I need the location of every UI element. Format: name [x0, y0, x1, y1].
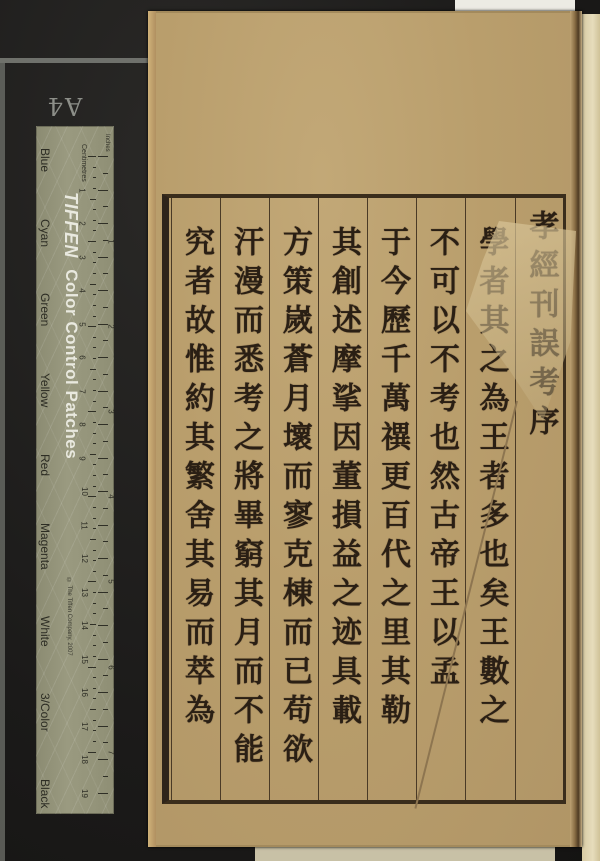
ruler-tick [93, 337, 96, 338]
ruler-tick [103, 776, 108, 777]
patch-label: White [38, 616, 52, 647]
ruler-tick [98, 558, 108, 559]
ruler-tick [88, 752, 96, 753]
text-column-8: 究者故惟約其繁舍其易而萃為 [171, 198, 220, 800]
ruler-tick [98, 726, 108, 727]
ruler-tick [93, 635, 96, 636]
ruler-tick [103, 508, 108, 509]
ruler-tick [98, 659, 108, 660]
ruler-tick [98, 625, 108, 626]
ruler-tick [98, 793, 108, 794]
ruler-tick [103, 675, 108, 676]
cm-tick-label: 16 [80, 688, 89, 697]
ruler-tick [93, 273, 96, 274]
ruler-tick [93, 656, 96, 657]
ruler-tick [93, 486, 96, 487]
mat-border-top [0, 58, 148, 63]
ruler-tick [98, 525, 108, 526]
ruler-tick [93, 528, 96, 529]
ruler-tick [90, 624, 96, 625]
cm-tick-label: 14 [80, 621, 89, 630]
ruler-tick [98, 424, 108, 425]
ruler-tick [93, 422, 96, 423]
cm-tick-label: 1 [78, 188, 87, 192]
ruler-tick [93, 677, 96, 678]
cm-tick-label: 19 [80, 789, 89, 798]
cm-tick-label: 12 [80, 554, 89, 563]
ruler-tick [93, 613, 96, 614]
inch-tick-label: 6 [106, 665, 114, 669]
ruler-tick [103, 173, 108, 174]
patch-label: Cyan [38, 219, 52, 247]
ruler-tick [93, 167, 96, 168]
cm-tick-label: 15 [80, 655, 89, 664]
ruler-tick [93, 550, 96, 551]
ruler-tick [90, 369, 96, 370]
ruler-tick [103, 742, 108, 743]
ruler-tick [93, 305, 96, 306]
ruler-tick [93, 518, 96, 519]
text-column-7: 汗漫而悉考之將畢窮其月而不能 [220, 198, 269, 800]
cm-tick-label: 10 [80, 487, 89, 496]
patch-label: Magenta [38, 523, 52, 570]
ruler-tick [98, 692, 108, 693]
ruler-tick [93, 720, 96, 721]
ruler-tick [93, 209, 96, 210]
ruler-tick [103, 307, 108, 308]
ruler-tick [103, 608, 108, 609]
ruler-tick [103, 374, 108, 375]
patch-label: Yellow [38, 373, 52, 407]
ruler-tick [90, 454, 96, 455]
ruler-tick [93, 645, 96, 646]
ruler-tick [93, 379, 96, 380]
inch-tick-label: 1 [106, 239, 114, 243]
ruler-tick [90, 284, 96, 285]
cm-tick-label: 5 [78, 322, 87, 326]
ruler-tick [98, 592, 108, 593]
ruler-tick [93, 390, 96, 391]
manuscript-page: 孝經刊誤考序 學者其之為王者多也矣王數之 不可以不考也然古帝王以孟 于今歷千萬禩… [148, 11, 582, 847]
ruler-tick [103, 206, 108, 207]
ruler-tick [98, 391, 108, 392]
ruler-tick [93, 294, 96, 295]
book-bottom-edge [255, 846, 555, 861]
cm-tick-label: 2 [78, 221, 87, 225]
patch-label: 3/Color [38, 693, 52, 732]
centimetres-label: Centimetres [80, 144, 87, 182]
patch-label: Red [38, 454, 52, 476]
inch-tick-label: 3 [106, 410, 114, 414]
ruler-tick [90, 539, 96, 540]
text-column-6: 方策嵗蒼月壞而寥克棟而已苟欲 [269, 198, 318, 800]
ruler-tick [93, 347, 96, 348]
ruler-scale [88, 146, 108, 806]
ruler-tick [103, 273, 108, 274]
ruler-tick [93, 741, 96, 742]
cm-tick-label: 3 [78, 255, 87, 259]
ruler-tick [98, 290, 108, 291]
column-text: 汗漫而悉考之將畢窮其月而不能 [230, 226, 260, 772]
ruler-tick [98, 156, 108, 157]
ruler-tick [93, 262, 96, 263]
cm-tick-label: 7 [78, 389, 87, 393]
ruler-tick [98, 458, 108, 459]
ruler-tick [93, 316, 96, 317]
a4-mat-label: A4 [40, 92, 88, 120]
ruler-tick [93, 230, 96, 231]
inch-tick-label: 7 [106, 750, 114, 754]
ruler-tick [93, 188, 96, 189]
ruler-tick [93, 252, 96, 253]
ruler-tick [93, 688, 96, 689]
ruler-tick [98, 257, 108, 258]
patch-labels: Blue Cyan Green Yellow Red Magenta White… [38, 148, 52, 808]
ruler-tick [93, 358, 96, 359]
inch-tick-label: 4 [106, 495, 114, 499]
ruler-tick [93, 698, 96, 699]
ruler-tick [88, 667, 96, 668]
ruler-tick [93, 603, 96, 604]
ruler-product-name: Color Control Patches [62, 269, 81, 459]
ruler-tick [103, 642, 108, 643]
ruler-tick [98, 223, 108, 224]
cm-tick-label: 4 [78, 288, 87, 292]
column-text: 究者故惟約其繁舍其易而萃為 [181, 226, 211, 733]
patch-label: Black [38, 779, 52, 808]
column-text: 其創述摩挲因董損益之迹具載 [328, 226, 358, 733]
ruler-tick [88, 581, 96, 582]
ruler-tick [93, 730, 96, 731]
cm-tick-label: 9 [78, 456, 87, 460]
ruler-tick [103, 709, 108, 710]
mat-border-left [0, 58, 5, 861]
ruler-tick [88, 241, 96, 242]
ruler-tick [103, 474, 108, 475]
text-column-4: 于今歷千萬禩更百代之里其勒 [367, 198, 416, 800]
ruler-tick [98, 190, 108, 191]
ruler-tick [93, 571, 96, 572]
ruler-tick [93, 177, 96, 178]
inch-tick-label: 2 [106, 324, 114, 328]
ruler-tick [98, 759, 108, 760]
cm-tick-label: 18 [80, 755, 89, 764]
cm-tick-label: 8 [78, 422, 87, 426]
ruler-tick [93, 560, 96, 561]
cm-tick-label: 11 [80, 521, 89, 529]
ruler-tick [103, 575, 108, 576]
text-column-5: 其創述摩挲因董損益之迹具載 [318, 198, 367, 800]
ruler-tick [93, 464, 96, 465]
book-side-pages [582, 14, 600, 861]
ruler-tick [88, 326, 96, 327]
ruler-tick [93, 507, 96, 508]
column-text: 于今歷千萬禩更百代之里其勒 [377, 226, 407, 733]
column-text: 方策嵗蒼月壞而寥克棟而已苟欲 [279, 226, 309, 772]
ruler-tick [93, 220, 96, 221]
ruler-tick [88, 411, 96, 412]
cm-tick-label: 6 [78, 355, 87, 359]
patch-label: Green [38, 293, 52, 326]
page-fore-edge [570, 11, 582, 847]
ruler-tick [88, 156, 96, 157]
ruler-tick [103, 441, 108, 442]
ruler-tick [93, 401, 96, 402]
ruler-tick [88, 496, 96, 497]
inch-tick-label: 5 [106, 580, 114, 584]
ruler-tick [103, 407, 108, 408]
ruler-tick [90, 199, 96, 200]
ruler-tick [93, 475, 96, 476]
ruler-tick [103, 541, 108, 542]
page-spine [148, 11, 156, 847]
ruler-tick [93, 443, 96, 444]
ruler-copyright: © The Tiffen Company, 2007 [66, 578, 72, 656]
color-control-ruler: Blue Cyan Green Yellow Red Magenta White… [36, 126, 114, 814]
ruler-tick [98, 491, 108, 492]
ruler-tick [93, 592, 96, 593]
ruler-tick [90, 709, 96, 710]
ruler-tick [93, 433, 96, 434]
column-text: 不可以不考也然古帝王以孟 [426, 226, 456, 694]
patch-label: Blue [38, 148, 52, 172]
ruler-tick [98, 357, 108, 358]
cm-tick-label: 17 [80, 722, 89, 731]
ruler-tick [103, 340, 108, 341]
cm-tick-label: 13 [80, 588, 89, 597]
